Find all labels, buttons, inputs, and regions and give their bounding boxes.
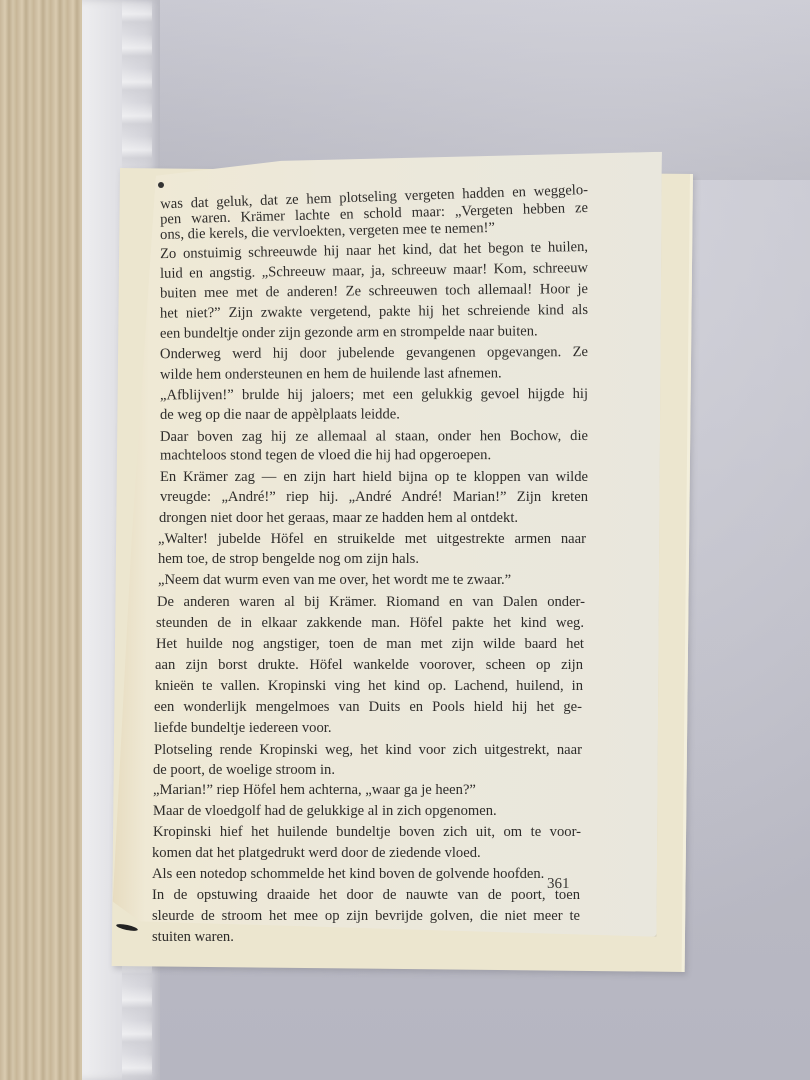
text-line: liefde bundeltje iedereen voor. bbox=[154, 718, 582, 738]
wooden-edge bbox=[0, 0, 82, 1080]
text-line: Daar boven zag hij ze allemaal al staan,… bbox=[160, 426, 588, 447]
text-line: de weg op die naar de appèlplaats leidde… bbox=[160, 404, 588, 425]
text-line: komen dat het platgedrukt werd door de z… bbox=[152, 843, 580, 863]
text-line: machteloos stond tegen de vloed die hij … bbox=[160, 445, 588, 465]
text-line: steunden de in elkaar zakkende man. Höfe… bbox=[156, 613, 584, 633]
text-line: „Afblijven!” brulde hij jaloers; met een… bbox=[160, 384, 588, 405]
text-line: hem toe, de strop bengelde nog om zijn h… bbox=[158, 549, 586, 569]
text-line: De anderen waren al bij Krämer. Riomand … bbox=[157, 592, 585, 612]
gutter-shadow bbox=[158, 182, 164, 188]
text-line: Als een notedop schommelde het kind bove… bbox=[152, 864, 580, 884]
text-line: Onderweg werd hij door jubelende gevange… bbox=[160, 342, 588, 364]
text-line: het niet?” Zijn zwakte vergetend, pakte … bbox=[160, 300, 588, 324]
text-line: vreugde: „André!” riep hij. „André André… bbox=[160, 487, 588, 507]
text-line: Het huilde nog angstiger, toen de man me… bbox=[156, 634, 584, 654]
text-line: En Krämer zag — en zijn hart hield bijna… bbox=[160, 467, 588, 487]
text-line: een bundeltje onder zijn gezonde arm en … bbox=[160, 321, 588, 344]
text-line: „Neem dat wurm even van me over, het wor… bbox=[158, 570, 586, 590]
text-line: Plotseling rende Kropinski weg, het kind… bbox=[154, 740, 582, 760]
text-line: „Marian!” riep Höfel hem achterna, „waar… bbox=[153, 780, 581, 800]
text-line: „Walter! jubelde Höfel en struikelde met… bbox=[158, 529, 586, 549]
text-line: knieën te vallen. Kropinski ving het kin… bbox=[155, 676, 583, 696]
text-line: Kropinski hief het huilende bundeltje bo… bbox=[153, 822, 581, 842]
text-line: In de opstuwing draaide het door de nauw… bbox=[152, 885, 580, 905]
text-line: drongen niet door het geraas, maar ze ha… bbox=[159, 508, 587, 528]
text-line: een wonderlijk mengelmoes van Duits en P… bbox=[154, 697, 582, 717]
page-number: 361 bbox=[547, 876, 570, 893]
page-shadow bbox=[160, 0, 810, 180]
text-line: Maar de vloedgolf had de gelukkige al in… bbox=[153, 801, 581, 821]
text-line: stuiten waren. bbox=[152, 927, 580, 947]
text-line: wilde hem ondersteunen en hem de huilend… bbox=[160, 363, 588, 385]
text-line: aan zijn borst drukte. Höfel wankelde vo… bbox=[155, 655, 583, 675]
text-line: sleurde de stroom het mee op zijn bevrij… bbox=[152, 906, 580, 926]
text-line: de poort, de woelige stroom in. bbox=[153, 760, 581, 780]
